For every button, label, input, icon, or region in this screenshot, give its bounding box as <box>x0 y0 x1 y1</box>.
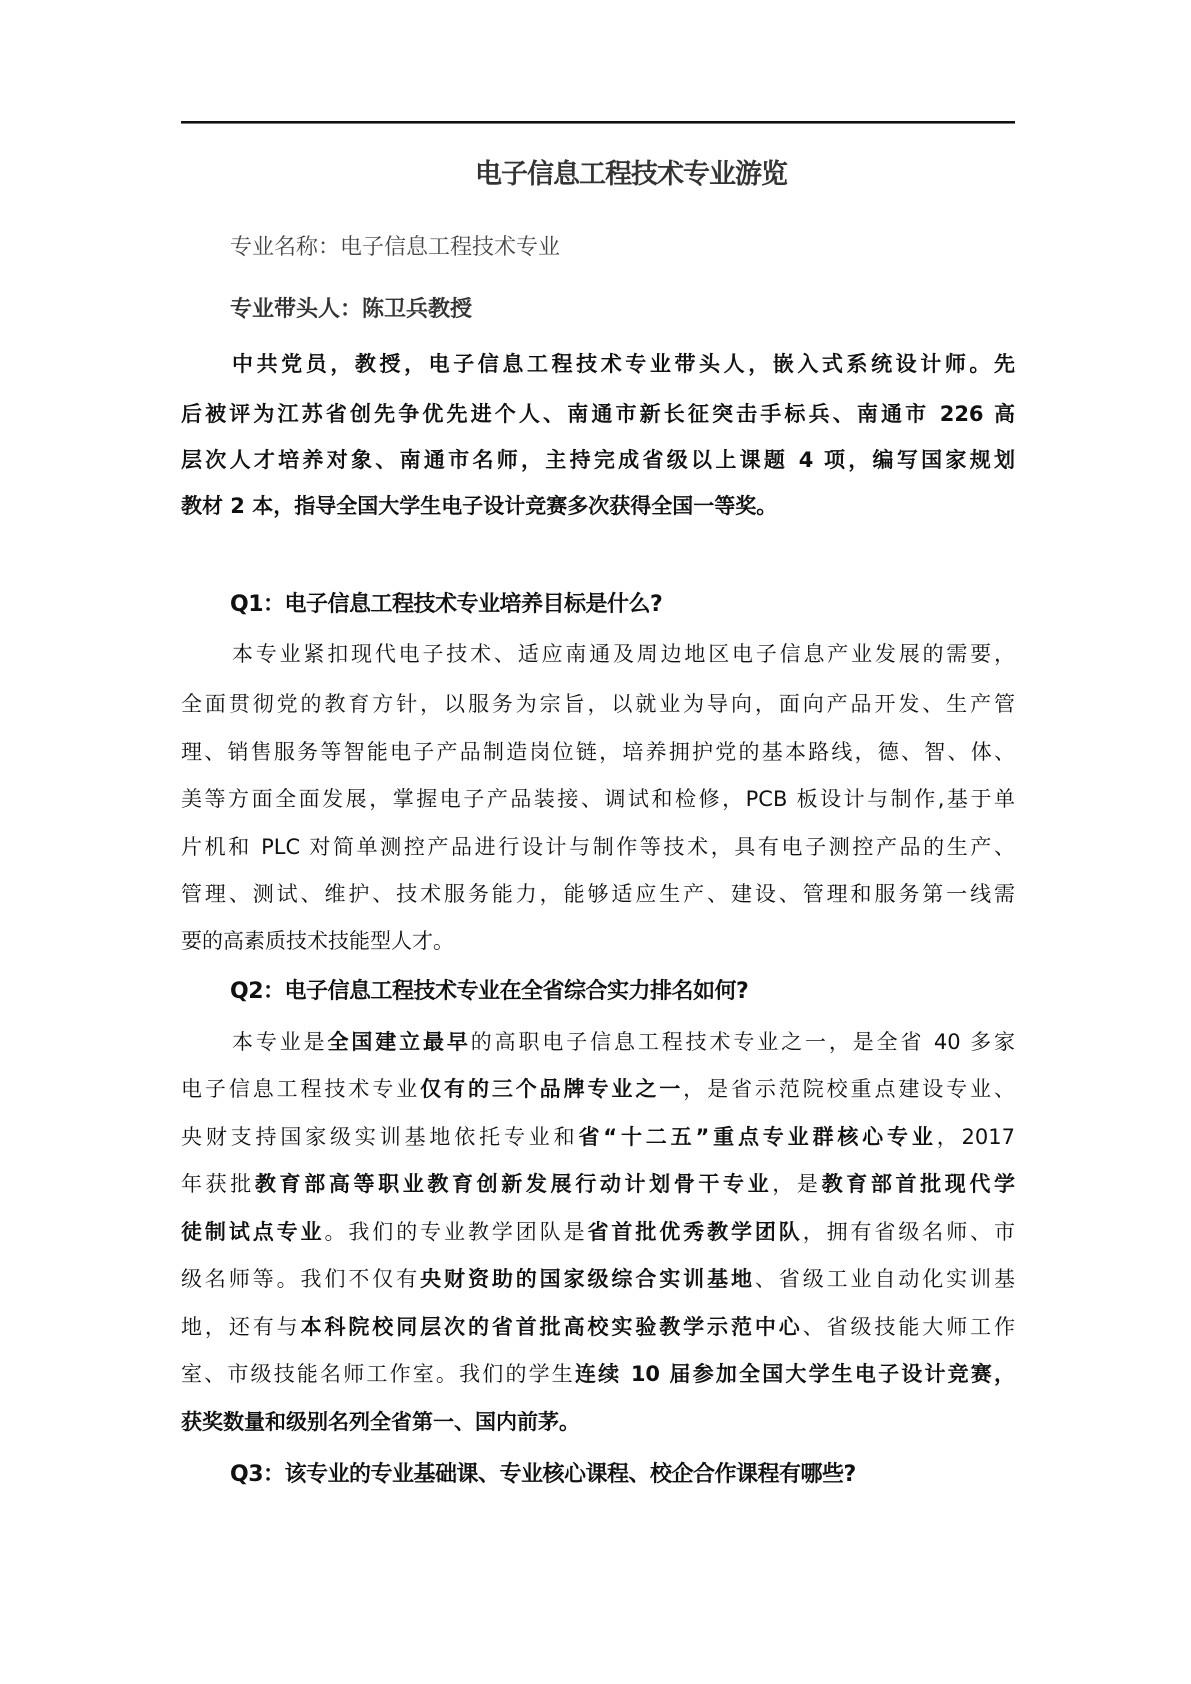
major-leader: 专业带头人：陈卫兵教授 <box>230 292 472 323</box>
body-text: 、省级工业自动化实训基 <box>755 1267 1015 1291</box>
body-text: 央财支持国家级实训基地依托专业和 <box>181 1125 578 1149</box>
bio-line: 层次人才培养对象、南通市名师，主持完成省级以上课题 4 项，编写国家规划 <box>181 447 1015 473</box>
q2-line: 本专业是全国建立最早的高职电子信息工程技术专业之一，是全省 40 多家 <box>232 1029 1015 1055</box>
emphasis-text: 全国建立最早 <box>328 1030 471 1054</box>
emphasis-text: 省首批优秀教学团队 <box>588 1220 803 1244</box>
body-text: 、省级技能大师工作 <box>803 1315 1015 1339</box>
body-text: 室、市级技能名师工作室。我们的学生 <box>181 1362 575 1386</box>
body-text: ，是省示范院校重点建设专业、 <box>683 1077 1015 1101</box>
q2-line: 徒制试点专业。我们的专业教学团队是省首批优秀教学团队，拥有省级名师、市 <box>181 1219 1015 1245</box>
q2-line: 级名师等。我们不仅有央财资助的国家级综合实训基地、省级工业自动化实训基 <box>181 1266 1015 1292</box>
emphasis-text: 央财资助的国家级综合实训基地 <box>420 1267 755 1291</box>
emphasis-text: 仅有的三个品牌专业之一 <box>420 1077 683 1101</box>
emphasis-text: 教育部高等职业教育创新发展行动计划骨干专业 <box>255 1172 772 1196</box>
q1-line: 要的高素质技术技能型人才。 <box>181 928 1015 954</box>
body-text: 的高职电子信息工程技术专业之一，是全省 40 多家 <box>471 1030 1015 1054</box>
emphasis-text: 连续 10 届参加全国大学生电子设计竞赛， <box>575 1362 1015 1386</box>
major-name: 专业名称：电子信息工程技术专业 <box>230 230 560 261</box>
q1-line: 管理、测试、维护、技术服务能力，能够适应生产、建设、管理和服务第一线需 <box>181 881 1015 907</box>
q2-line: 电子信息工程技术专业仅有的三个品牌专业之一，是省示范院校重点建设专业、 <box>181 1076 1015 1102</box>
emphasis-text: 获奖数量和级别名列全省第一、国内前茅。 <box>181 1410 580 1434</box>
bio-line: 后被评为江苏省创先争优先进个人、南通市新长征突击手标兵、南通市 226 高 <box>181 401 1015 427</box>
body-text: 级名师等。我们不仅有 <box>181 1267 420 1291</box>
q1-line: 美等方面全面发展，掌握电子产品装接、调试和检修，PCB 板设计与制作,基于单 <box>181 786 1015 812</box>
body-text: ，是 <box>772 1172 821 1196</box>
bio-line: 中共党员，教授，电子信息工程技术专业带头人，嵌入式系统设计师。先 <box>232 351 1015 377</box>
document-page: 电子信息工程技术专业游览 专业名称：电子信息工程技术专业 专业带头人：陈卫兵教授… <box>0 0 1191 1684</box>
q1-line: 片机和 PLC 对简单测控产品进行设计与制作等技术，具有电子测控产品的生产、 <box>181 834 1015 860</box>
body-text: 电子信息工程技术专业 <box>181 1077 420 1101</box>
body-text: ，拥有省级名师、市 <box>803 1220 1015 1244</box>
q2-line: 地，还有与本科院校同层次的省首批高校实验教学示范中心、省级技能大师工作 <box>181 1314 1015 1340</box>
emphasis-text: 省“十二五”重点专业群核心专业 <box>578 1125 936 1149</box>
body-text: 本专业是 <box>232 1030 328 1054</box>
q1-line: 理、销售服务等智能电子产品制造岗位链，培养拥护党的基本路线，德、智、体、 <box>181 739 1015 765</box>
page-title: 电子信息工程技术专业游览 <box>181 152 1081 191</box>
body-text: 。我们的专业教学团队是 <box>324 1220 587 1244</box>
q2-line: 获奖数量和级别名列全省第一、国内前茅。 <box>181 1409 1015 1435</box>
q3-heading: Q3：该专业的专业基础课、专业核心课程、校企合作课程有哪些? <box>230 1457 856 1488</box>
bio-line: 教材 2 本，指导全国大学生电子设计竞赛多次获得全国一等奖。 <box>181 493 1015 519</box>
q2-line: 央财支持国家级实训基地依托专业和省“十二五”重点专业群核心专业，2017 <box>181 1124 1015 1150</box>
body-text: ，2017 <box>937 1125 1015 1149</box>
q1-heading: Q1：电子信息工程技术专业培养目标是什么? <box>230 587 662 618</box>
body-text: 地，还有与 <box>181 1315 301 1339</box>
emphasis-text: 教育部首批现代学 <box>822 1172 1015 1196</box>
body-text: 年获批 <box>181 1172 255 1196</box>
emphasis-text: 本科院校同层次的省首批高校实验教学示范中心 <box>301 1315 803 1339</box>
emphasis-text: 徒制试点专业 <box>181 1220 324 1244</box>
q1-line: 全面贯彻党的教育方针，以服务为宗旨，以就业为导向，面向产品开发、生产管 <box>181 691 1015 717</box>
header-rule <box>181 121 1015 124</box>
q2-heading: Q2：电子信息工程技术专业在全省综合实力排名如何? <box>230 974 748 1005</box>
q1-line: 本专业紧扣现代电子技术、适应南通及周边地区电子信息产业发展的需要， <box>232 641 1015 667</box>
q2-line: 室、市级技能名师工作室。我们的学生连续 10 届参加全国大学生电子设计竞赛， <box>181 1361 1015 1387</box>
q2-line: 年获批教育部高等职业教育创新发展行动计划骨干专业，是教育部首批现代学 <box>181 1171 1015 1197</box>
